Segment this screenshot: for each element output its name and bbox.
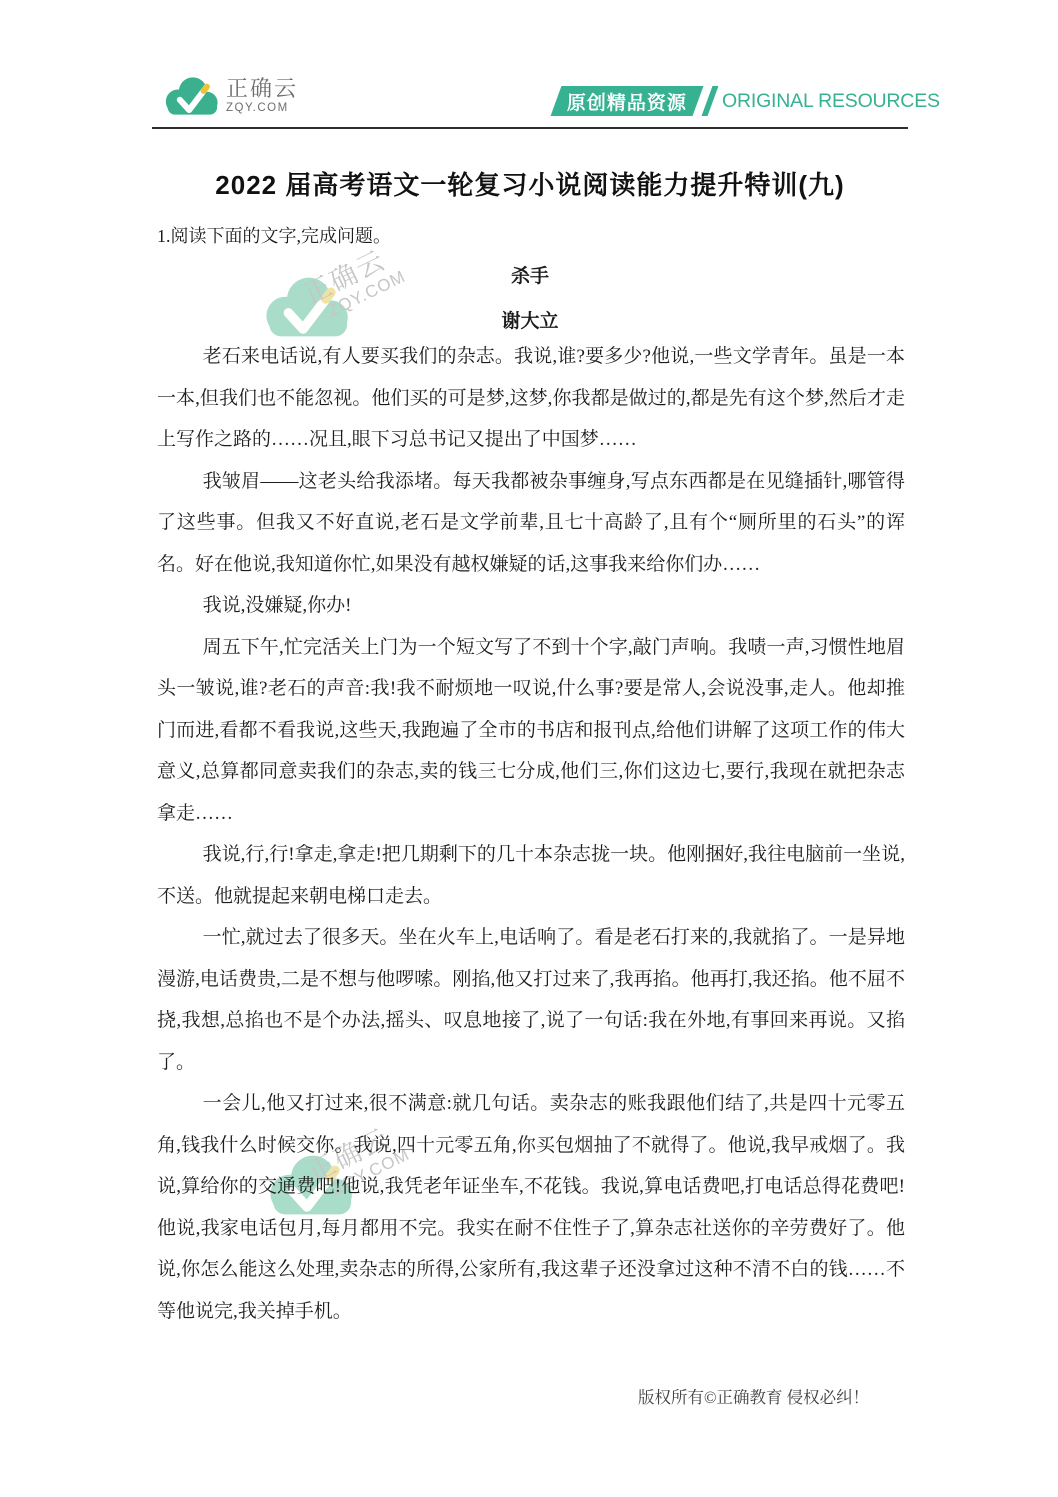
story-body: 老石来电话说,有人要买我们的杂志。我说,谁?要多少?他说,一些文学青年。虽是一本… [157,336,905,1332]
document-page: 正确云 ZQY.COM 原创精品资源 ORIGINAL RESOURCES 正确… [0,0,1058,1497]
story-paragraph: 我说,没嫌疑,你办! [157,585,905,627]
story-paragraph: 一会儿,他又打过来,很不满意:就几句话。卖杂志的账我跟他们结了,共是四十元零五角… [157,1083,905,1332]
question-instruction: 1.阅读下面的文字,完成问题。 [157,222,391,248]
badge-cn-box: 原创精品资源 [551,86,704,116]
copyright-notice: 版权所有©正确教育 侵权必纠！ [638,1384,869,1408]
brand-domain: ZQY.COM [226,103,298,115]
story-paragraph: 我皱眉——这老头给我添堵。每天我都被杂事缠身,写点东西都是在见缝插针,哪管得了这… [157,461,905,586]
badge-slash-divider [702,86,719,116]
story-paragraph: 周五下午,忙完活关上门为一个短文写了不到十个字,敲门声响。我啧一声,习惯性地眉头… [157,627,905,835]
original-resources-badge: 原创精品资源 ORIGINAL RESOURCES [556,86,940,116]
page-title: 2022 届高考语文一轮复习小说阅读能力提升特训(九) [152,165,908,202]
story-author: 谢大立 [152,306,908,333]
brand-logo-text: 正确云 ZQY.COM [226,78,298,115]
story-title: 杀手 [152,261,908,288]
story-paragraph: 我说,行,行!拿走,拿走!把几期剩下的几十本杂志拢一块。他刚捆好,我往电脑前一坐… [157,834,905,917]
cloud-check-logo-icon [163,72,219,120]
header-divider-line [152,127,908,129]
story-paragraph: 一忙,就过去了很多天。坐在火车上,电话响了。看是老石打来的,我就掐了。一是异地漫… [157,917,905,1083]
badge-cn-label: 原创精品资源 [567,88,687,115]
story-paragraph: 老石来电话说,有人要买我们的杂志。我说,谁?要多少?他说,一些文学青年。虽是一本… [157,336,905,461]
brand-name: 正确云 [226,78,298,100]
badge-en-label: ORIGINAL RESOURCES [722,90,940,113]
brand-logo: 正确云 ZQY.COM [163,72,298,120]
